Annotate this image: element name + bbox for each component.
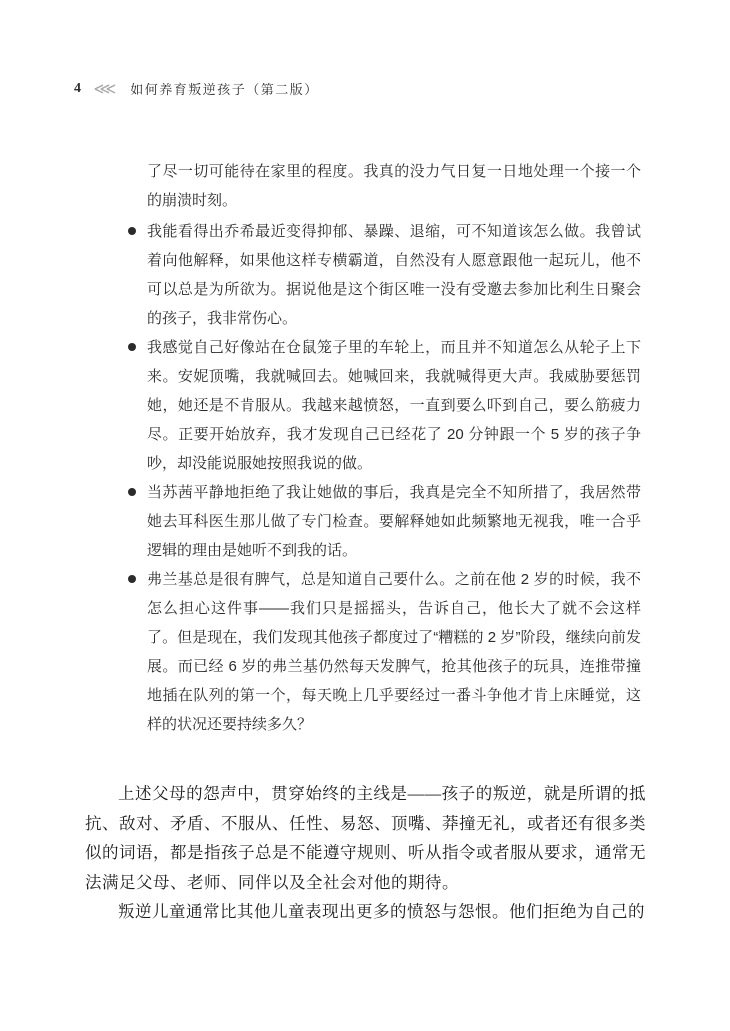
list-item: 当苏茜平静地拒绝了我让她做的事后，我真是完全不知所措了，我居然带她去耳科医生那儿… (147, 478, 641, 565)
page-header: 4 ⋘ 如何养育叛逆孩子（第二版） (74, 79, 319, 98)
running-title: 如何养育叛逆孩子（第二版） (130, 79, 319, 98)
bullet-icon (128, 343, 136, 351)
paragraph: 上述父母的怨声中，贯穿始终的主线是——孩子的叛逆，就是所谓的抵抗、敌对、矛盾、不… (85, 779, 646, 897)
quote-text: 我能看得出乔希最近变得抑郁、暴躁、退缩，可不知道该怎么做。我曾试着向他解释，如果… (147, 223, 641, 327)
triple-chevron-icon: ⋘ (94, 81, 117, 97)
quote-text: 我感觉自己好像站在仓鼠笼子里的车轮上，而且并不知道怎么从轮子上下来。安妮顶嘴，我… (147, 339, 641, 472)
bullet-icon (128, 488, 136, 496)
continued-paragraph: 了尽一切可能待在家里的程度。我真的没力气日复一日地处理一个接一个的崩溃时刻。 (147, 157, 641, 215)
paragraph: 叛逆儿童通常比其他儿童表现出更多的愤怒与怨恨。他们拒绝为自己的 (85, 897, 646, 927)
book-page: 4 ⋘ 如何养育叛逆孩子（第二版） 了尽一切可能待在家里的程度。我真的没力气日复… (0, 0, 730, 1031)
page-body: 了尽一切可能待在家里的程度。我真的没力气日复一日地处理一个接一个的崩溃时刻。 我… (147, 157, 641, 739)
parent-quotes-list: 我能看得出乔希最近变得抑郁、暴躁、退缩，可不知道该怎么做。我曾试着向他解释，如果… (147, 217, 641, 739)
list-item: 我能看得出乔希最近变得抑郁、暴躁、退缩，可不知道该怎么做。我曾试着向他解释，如果… (147, 217, 641, 333)
list-item: 弗兰基总是很有脾气，总是知道自己要什么。之前在他 2 岁的时候，我不怎么担心这件… (147, 565, 641, 739)
page-number: 4 (74, 81, 82, 97)
quote-text: 弗兰基总是很有脾气，总是知道自己要什么。之前在他 2 岁的时候，我不怎么担心这件… (147, 571, 641, 733)
list-item: 我感觉自己好像站在仓鼠笼子里的车轮上，而且并不知道怎么从轮子上下来。安妮顶嘴，我… (147, 333, 641, 478)
closing-paragraphs: 上述父母的怨声中，贯穿始终的主线是——孩子的叛逆，就是所谓的抵抗、敌对、矛盾、不… (85, 779, 646, 927)
bullet-icon (128, 575, 136, 583)
quote-text: 当苏茜平静地拒绝了我让她做的事后，我真是完全不知所措了，我居然带她去耳科医生那儿… (147, 484, 641, 559)
bullet-icon (128, 227, 136, 235)
